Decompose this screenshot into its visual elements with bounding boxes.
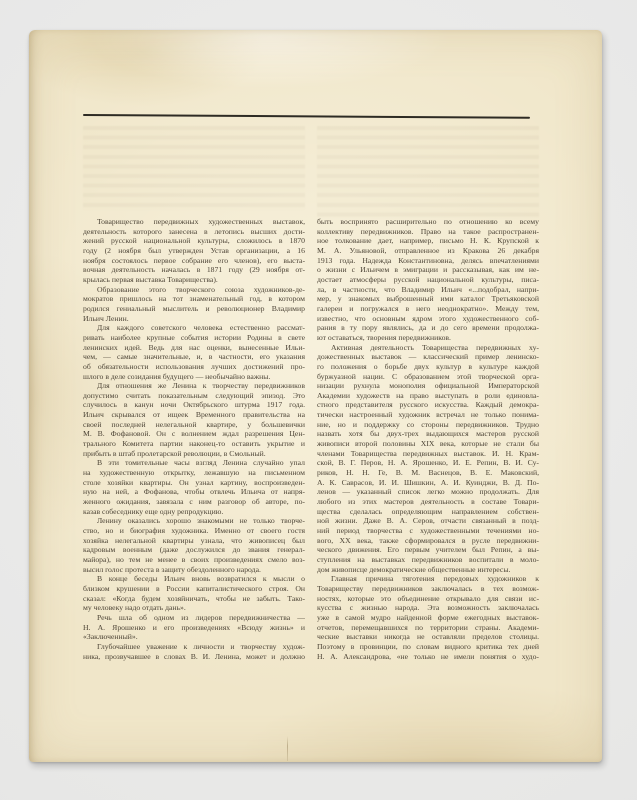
text-line: мер, у знакомых выброшенный ими каталог … (317, 294, 539, 304)
text-line: крылась первая выставка Товарищества). (83, 275, 305, 285)
text-line: буржуазной нации. С образованием этой тв… (317, 372, 539, 382)
text-line: на художественную открытку, лежавшую на … (83, 468, 305, 478)
text-line: году (2 ноября был утвержден Устав орган… (83, 246, 305, 256)
text-line: ской, В. Г. Перов, Н. А. Ярошенко, И. Е.… (317, 458, 539, 468)
text-line: родился гениальный мыслитель и революцио… (83, 304, 305, 314)
text-line: кадровым военным (даже дослужился до зва… (83, 545, 305, 555)
text-line: уже в самой мудро найденной форме ежегод… (317, 613, 539, 623)
text-line: ностях, которые это объединение открывал… (317, 594, 539, 604)
text-line: 1913 года. Надежда Константиновна, деляс… (317, 256, 539, 266)
text-line: Ильич Ленин. (83, 314, 305, 324)
text-line: А. К. Саврасов, И. И. Шишкин, А. И. Куин… (317, 478, 539, 488)
text-line: ступления на выставках передвижников вос… (317, 555, 539, 565)
text-line: назвать хотя бы двух-трех выдающихся мас… (317, 429, 539, 439)
text-line: ла, в частности, что Владимир Ильич «...… (317, 285, 539, 295)
text-line: галереи и погружался в него неоднократно… (317, 304, 539, 314)
text-line: Н. А. Александрова, «не только не имели … (317, 652, 539, 662)
text-line: Ленину оказались хорошо знакомыми не тол… (83, 516, 305, 526)
text-line: достает атмосферы русской национальной к… (317, 275, 539, 285)
right-text-column: быть воспринято расширительно по отношен… (317, 217, 539, 661)
text-line: об обязательности использования лучших д… (83, 362, 305, 372)
text-line: ноября состоялось первое собрание его чл… (83, 256, 305, 266)
text-line: Речь шла об одном из лидеров передвижнич… (83, 613, 305, 623)
text-line: женного ожидания, завязала с ним разгово… (83, 497, 305, 507)
text-line: ний период творчества с художественными … (317, 526, 539, 536)
text-line: отчетов, перемещавшихся по территории ст… (317, 623, 539, 633)
text-line: ленов — указанный список легко можно про… (317, 487, 539, 497)
text-line: Главная причина тяготения передовых худо… (317, 574, 539, 584)
text-line: М. А. Ульяновой, отправленное из Кракова… (317, 246, 539, 256)
text-line: ленинских идей. Ведь для нас оценки, вын… (83, 343, 305, 353)
text-line: допустимо считать показательным следующи… (83, 391, 305, 401)
text-line: своей последней нелегальной квартире, у … (83, 420, 305, 430)
scan-background: Товарищество передвижных художественных … (0, 0, 637, 800)
text-line: кусства с жизнью народа. Эта возможность… (317, 603, 539, 613)
text-line: Ильич скрывался от ищеек Временного прав… (83, 410, 305, 420)
text-line: го положения о борьбе двух культур в кул… (317, 362, 539, 372)
text-line: любого из этих мастеров деятельность в с… (317, 497, 539, 507)
text-line: ную на ней, а Фофанова, чтобы отвлечь Ил… (83, 487, 305, 497)
text-line: тически настроенный художник встречал не… (317, 410, 539, 420)
text-line: прибыть в штаб пролетарской революции, в… (83, 449, 305, 459)
text-line: ческого движения. Его первым учителем бы… (317, 545, 539, 555)
text-line: ной жизни. Даже В. А. Серов, отчасти свя… (317, 516, 539, 526)
horizontal-rule (83, 114, 530, 119)
text-line: «Заключенный». (83, 632, 305, 642)
text-line: деятельность которого занесена в летопис… (83, 227, 305, 237)
text-line: дожественных выставок — классический при… (317, 352, 539, 362)
text-line: Глубочайшее уважение к личности и творче… (83, 642, 305, 652)
book-page: Товарищество передвижных художественных … (29, 30, 602, 762)
text-line: щества сделалась определяющим направлени… (317, 507, 539, 517)
text-line: М. В. Фофановой. Он с волнением ждал раз… (83, 429, 305, 439)
text-line: В конце беседы Ильич вновь возвратился к… (83, 574, 305, 584)
left-text-column: Товарищество передвижных художественных … (83, 217, 305, 661)
text-line: быть воспринято расширительно по отношен… (317, 217, 539, 227)
text-line: близком крушении в России капиталистичес… (83, 584, 305, 594)
showthrough-text-left (83, 126, 305, 210)
text-line: майора), но тем не менее в своих произве… (83, 555, 305, 565)
text-line: столе хозяйки квартиры. Он узнал картину… (83, 478, 305, 488)
text-line: стного представителя русского искусства.… (317, 400, 539, 410)
text-line: казав собеседнику еще одну репродукцию. (83, 507, 305, 517)
text-line: Товариществу передвижников заключалась в… (317, 584, 539, 594)
text-line: случилось в канун ночи Октябрьского штур… (83, 400, 305, 410)
text-line: ривать наиболее крупные события истории … (83, 333, 305, 343)
text-line: вочная деятельность началась в 1871 году… (83, 265, 305, 275)
text-line: ческие выставки никогда не оставляли пре… (317, 632, 539, 642)
text-line: Поэтому в провинции, по словам видного к… (317, 642, 539, 652)
text-line: хозяйка нелегальной квартиры узнала, что… (83, 536, 305, 546)
text-line: шлого в деле созидания будущего — необыч… (83, 372, 305, 382)
text-line: о жизни с Ильичем в эмиграции и рассказы… (317, 265, 539, 275)
text-line: коллективу передвижников. Право на такое… (317, 227, 539, 237)
text-line: ют оставаться, творения передвижников. (317, 333, 539, 343)
text-line: сказал: «Когда будем хозяйничать, чтобы … (83, 594, 305, 604)
text-line: живописи второй половины XIX века, котор… (317, 439, 539, 449)
text-line: ние, но и поддержку со стороны передвижн… (317, 420, 539, 430)
text-line: ника, прозвучавшее в словах В. И. Ленина… (83, 652, 305, 662)
text-line: ство, но и биография художника. Именно о… (83, 526, 305, 536)
text-line: Активная деятельность Товарищества перед… (317, 343, 539, 353)
text-line: В эти томительные часы взгляд Ленина слу… (83, 458, 305, 468)
text-line: Н. А. Ярошенко и его произведениях «Всюд… (83, 623, 305, 633)
text-line: высил голос протеста в защиту обездоленн… (83, 565, 305, 575)
text-line: чем, — самые значительные, и, в частност… (83, 352, 305, 362)
text-line: членами Товарищества передвижных выставо… (317, 449, 539, 459)
text-line: жений русской национальной культуры, сло… (83, 236, 305, 246)
text-line: трального Комитета партии наконец-то ост… (83, 439, 305, 449)
showthrough-text-right (317, 126, 539, 218)
text-line: дом живописце демократические общественн… (317, 565, 539, 575)
text-line: ное толкование дает, например, письмо Н.… (317, 236, 539, 246)
text-line: низации рухнула монополия официальной Им… (317, 381, 539, 391)
text-line: мократов пришлось на тот знаменательный … (83, 294, 305, 304)
text-line: Для отношения же Ленина к творчеству пер… (83, 381, 305, 391)
text-line: риков, Н. Н. Ге, В. М. Васнецов, В. Е. М… (317, 468, 539, 478)
text-line: Для каждого советского человека естестве… (83, 323, 305, 333)
paper-crease (287, 736, 288, 761)
text-line: вого, XX века, также сформировался в рус… (317, 536, 539, 546)
text-line: известно, что основным ядром этого худож… (317, 314, 539, 324)
text-line: Образование этого творческого союза худо… (83, 285, 305, 295)
text-line: му человеку надо отдать дань». (83, 603, 305, 613)
text-line: рания в ту пору являлись, да и до сего в… (317, 323, 539, 333)
text-line: Академии художеств на право выступать в … (317, 391, 539, 401)
text-line: Товарищество передвижных художественных … (83, 217, 305, 227)
